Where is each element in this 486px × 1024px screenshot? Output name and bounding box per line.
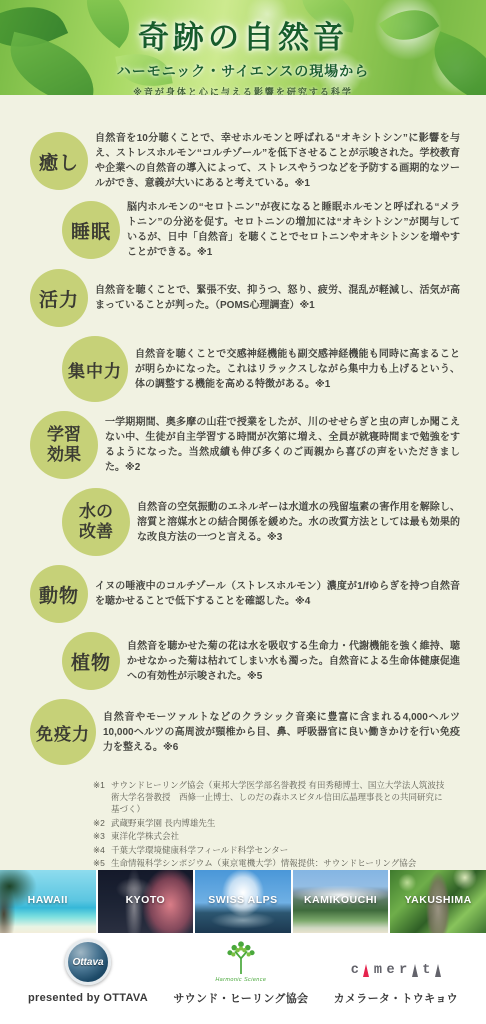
footnote-marker: ※4 [93,844,111,856]
photo-hawaii: HAWAII [0,870,96,933]
footnote-marker: ※5 [93,857,111,869]
camerata-block: c m e r t カメラータ・トウキョウ [334,937,458,1006]
section-text-concentration: 自然音を聴くことで交感神経機能も副交感神経機能も同時に高まることが明らかになった… [135,347,460,392]
footnote-text: サウンドヒーリング協会（東邦大学医学部名誉教授 有田秀穂博士、国立大学法人筑波技… [111,779,450,815]
section-label: 植物 [71,648,111,675]
section-badge-immunity: 免疫力 [30,699,96,765]
camerata-logo: c m e r t [351,937,441,983]
photo-swiss-alps: SWISS ALPS [195,870,291,933]
footnote-item: ※1サウンドヒーリング協会（東邦大学医学部名誉教授 有田秀穂博士、国立大学法人筑… [93,779,450,815]
section-label: 学習効果 [45,425,83,466]
camerata-letter: t [422,964,430,977]
footnote-text: 生命情報科学シンポジウム（東京電機大学）情報提供：サウンドヒーリング協会 [111,857,450,869]
section-label: 癒し [39,148,79,175]
section-badge-vitality: 活力 [30,269,88,327]
section-label: 動物 [39,581,79,608]
photo-label: YAKUSHIMA [390,894,486,906]
camerata-triangle-red [363,964,369,977]
photo-kyoto: KYOTO [98,870,194,933]
camerata-letter: m [374,964,382,977]
hero-text-block: 奇跡の自然音 ハーモニック・サイエンスの現場から ※音が身体と心に与える影響を研… [0,0,486,95]
camerata-letter: c [351,964,359,977]
harmonic-science-tree-icon [224,938,258,976]
ottava-block: Ottava presented by OTTAVA [28,939,148,1004]
section-text-healing: 自然音を10分聴くことで、幸せホルモンと呼ばれる“オキシトシン”に影響を与え、ス… [95,131,460,191]
location-photo-strip: HAWAII KYOTO SWISS ALPS KAMIKOUCHI YAKUS… [0,870,486,933]
footnote-marker: ※2 [93,817,111,829]
footer-logos: Ottava presented by OTTAVA Harmonic Scie… [0,933,486,1024]
section-row-concentration: 集中力 自然音を聴くことで交感神経機能も副交感神経機能も同時に高まることが明らか… [62,336,460,402]
footnote-marker: ※1 [93,779,111,815]
section-text-animals: イヌの唾液中のコルチゾール（ストレスホルモン）濃度が1/fゆらぎを持つ自然音を聴… [95,579,460,609]
harmonic-science-logo-text: Harmonic Science [215,977,266,983]
section-text-immunity: 自然音やモーツァルトなどのクラシック音楽に豊富に含まれる4,000ヘルツ10,0… [103,710,460,755]
section-text-sleep: 脳内ホルモンの“セロトニン”が夜になると睡眠ホルモンと呼ばれる“メラトニン”の分… [127,200,460,260]
camerata-letter: r [399,964,407,977]
section-label: 睡眠 [71,217,111,244]
footnote-item: ※5生命情報科学シンポジウム（東京電機大学）情報提供：サウンドヒーリング協会 [93,857,450,869]
section-label: 水の改善 [77,502,115,543]
section-badge-learning: 学習効果 [30,411,98,479]
section-row-learning: 学習効果 一学期期間、奥多摩の山荘で授業をしたが、川のせせらぎと虫の声しか聞こえ… [30,411,460,479]
ottava-logo-text: Ottava [72,957,103,968]
section-text-water: 自然音の空気振動のエネルギーは水道水の残留塩素の害作用を解除し、溶質と溶媒水との… [137,500,460,545]
section-badge-sleep: 睡眠 [62,201,120,259]
photo-label: HAWAII [0,894,96,906]
hero-header: 奇跡の自然音 ハーモニック・サイエンスの現場から ※音が身体と心に与える影響を研… [0,0,486,95]
footnote-text: 千葉大学環境健康科学フィールド科学センター [111,844,450,856]
section-badge-healing: 癒し [30,132,88,190]
footnote-text: 武蔵野東学園 長内博雄先生 [111,817,450,829]
section-label: 活力 [39,285,79,312]
section-row-sleep: 睡眠 脳内ホルモンの“セロトニン”が夜になると睡眠ホルモンと呼ばれる“メラトニン… [62,200,460,260]
footnote-item: ※4千葉大学環境健康科学フィールド科学センター [93,844,450,856]
section-row-healing: 癒し 自然音を10分聴くことで、幸せホルモンと呼ばれる“オキシトシン”に影響を与… [30,131,460,191]
footnote-marker: ※3 [93,830,111,842]
photo-label: KYOTO [98,894,194,906]
section-label: 免疫力 [36,720,90,745]
camerata-triangle [435,964,441,977]
photo-label: KAMIKOUCHI [293,894,389,906]
photo-kamikouchi: KAMIKOUCHI [293,870,389,933]
photo-label: SWISS ALPS [195,894,291,906]
section-row-water: 水の改善 自然音の空気振動のエネルギーは水道水の残留塩素の害作用を解除し、溶質と… [62,488,460,556]
poster-page: 奇跡の自然音 ハーモニック・サイエンスの現場から ※音が身体と心に与える影響を研… [0,0,486,1024]
ottava-caption: presented by OTTAVA [28,992,148,1004]
harmonic-caption: サウンド・ヒーリング協会 [173,990,308,1006]
section-badge-animals: 動物 [30,565,88,623]
camerata-caption: カメラータ・トウキョウ [334,990,458,1006]
section-text-plants: 自然音を聴かせた菊の花は水を吸収する生命力・代謝機能を強く維持、聴かせなかった菊… [127,639,460,684]
footnote-item: ※3東洋化学株式会社 [93,830,450,842]
harmonic-science-block: Harmonic Science サウンド・ヒーリング協会 [173,938,308,1006]
photo-yakushima: YAKUSHIMA [390,870,486,933]
section-text-vitality: 自然音を聴くことで、緊張不安、抑うつ、怒り、疲労、混乱が軽減し、活気が高まってい… [95,283,460,313]
footnotes-block: ※1サウンドヒーリング協会（東邦大学医学部名誉教授 有田秀穂博士、国立大学法人筑… [93,779,450,870]
page-subtitle: ハーモニック・サイエンスの現場から [0,61,486,81]
main-content: 癒し 自然音を10分聴くことで、幸せホルモンと呼ばれる“オキシトシン”に影響を与… [0,95,486,870]
page-note: ※音が身体と心に与える影響を研究する科学 [0,85,486,95]
footnote-text: 東洋化学株式会社 [111,830,450,842]
section-row-immunity: 免疫力 自然音やモーツァルトなどのクラシック音楽に豊富に含まれる4,000ヘルツ… [30,699,460,765]
camerata-letter: e [387,964,395,977]
camerata-triangle [412,964,418,977]
section-row-animals: 動物 イヌの唾液中のコルチゾール（ストレスホルモン）濃度が1/fゆらぎを持つ自然… [30,565,460,623]
section-text-learning: 一学期期間、奥多摩の山荘で授業をしたが、川のせせらぎと虫の声しか聞こえない中、生… [105,415,460,475]
ottava-logo: Ottava [65,939,111,985]
section-row-plants: 植物 自然音を聴かせた菊の花は水を吸収する生命力・代謝機能を強く維持、聴かせなか… [62,632,460,690]
section-label: 集中力 [68,357,122,382]
section-row-vitality: 活力 自然音を聴くことで、緊張不安、抑うつ、怒り、疲労、混乱が軽減し、活気が高ま… [30,269,460,327]
section-badge-plants: 植物 [62,632,120,690]
section-badge-concentration: 集中力 [62,336,128,402]
section-badge-water: 水の改善 [62,488,130,556]
page-title: 奇跡の自然音 [0,12,486,57]
footnote-item: ※2武蔵野東学園 長内博雄先生 [93,817,450,829]
